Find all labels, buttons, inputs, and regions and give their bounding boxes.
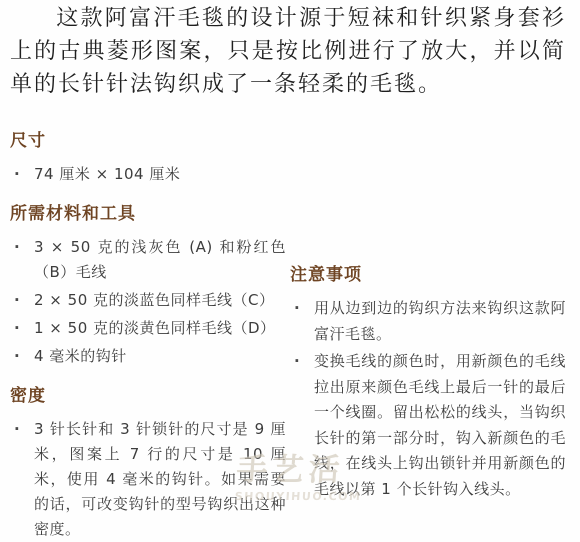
notes-list: · 用从边到边的钩织方法来钩织这款阿富汗毛毯。 · 变换毛线的颜色时，用新颜色的… [290, 296, 572, 502]
list-item: · 变换毛线的颜色时，用新颜色的毛线拉出原来颜色毛线上最后一针的最后一个线圈。留… [290, 349, 572, 502]
document-page: 这款阿富汗毛毯的设计源于短袜和针织紧身套衫上的古典菱形图案，只是按比例进行了放大… [0, 0, 580, 542]
list-item: · 2 × 50 克的淡蓝色同样毛线（C） [10, 288, 288, 313]
list-item: · 用从边到边的钩织方法来钩织这款阿富汗毛毯。 [290, 296, 572, 347]
material-item-text: 2 × 50 克的淡蓝色同样毛线（C） [34, 288, 286, 313]
bullet-icon: · [290, 349, 314, 375]
list-item: · 3 针长针和 3 针锁针的尺寸是 9 厘米，图案上 7 行的尺寸是 10 厘… [10, 417, 288, 542]
bullet-icon: · [10, 344, 34, 369]
note-item-text: 变换毛线的颜色时，用新颜色的毛线拉出原来颜色毛线上最后一针的最后一个线圈。留出松… [314, 349, 566, 502]
intro-paragraph: 这款阿富汗毛毯的设计源于短袜和针织紧身套衫上的古典菱形图案，只是按比例进行了放大… [10, 2, 566, 101]
list-item: · 1 × 50 克的淡黄色同样毛线（D） [10, 316, 288, 341]
materials-heading: 所需材料和工具 [10, 203, 288, 225]
gauge-list: · 3 针长针和 3 针锁针的尺寸是 9 厘米，图案上 7 行的尺寸是 10 厘… [10, 417, 288, 542]
section-size: 尺寸 · 74 厘米 × 104 厘米 [10, 130, 288, 187]
notes-heading: 注意事项 [290, 264, 572, 286]
section-gauge: 密度 · 3 针长针和 3 针锁针的尺寸是 9 厘米，图案上 7 行的尺寸是 1… [10, 385, 288, 542]
size-item-text: 74 厘米 × 104 厘米 [34, 162, 286, 187]
bullet-icon: · [10, 288, 34, 313]
materials-list: · 3 × 50 克的浅灰色 (A) 和粉红色（B）毛线 · 2 × 50 克的… [10, 235, 288, 369]
list-item: · 74 厘米 × 104 厘米 [10, 162, 288, 187]
material-item-text: 1 × 50 克的淡黄色同样毛线（D） [34, 316, 286, 341]
section-materials: 所需材料和工具 · 3 × 50 克的浅灰色 (A) 和粉红色（B）毛线 · 2… [10, 203, 288, 369]
section-notes: 注意事项 · 用从边到边的钩织方法来钩织这款阿富汗毛毯。 · 变换毛线的颜色时，… [290, 264, 572, 502]
size-list: · 74 厘米 × 104 厘米 [10, 162, 288, 187]
bullet-icon: · [290, 296, 314, 322]
bullet-icon: · [10, 235, 34, 260]
list-item: · 4 毫米的钩针 [10, 344, 288, 369]
material-item-text: 3 × 50 克的浅灰色 (A) 和粉红色（B）毛线 [34, 235, 286, 285]
gauge-heading: 密度 [10, 385, 288, 407]
material-item-text: 4 毫米的钩针 [34, 344, 286, 369]
bullet-icon: · [10, 316, 34, 341]
bullet-icon: · [10, 162, 34, 187]
left-column: 尺寸 · 74 厘米 × 104 厘米 所需材料和工具 · 3 × 50 克的浅… [10, 130, 288, 542]
size-heading: 尺寸 [10, 130, 288, 152]
right-column: 注意事项 · 用从边到边的钩织方法来钩织这款阿富汗毛毯。 · 变换毛线的颜色时，… [290, 258, 572, 504]
bullet-icon: · [10, 417, 34, 442]
list-item: · 3 × 50 克的浅灰色 (A) 和粉红色（B）毛线 [10, 235, 288, 285]
note-item-text: 用从边到边的钩织方法来钩织这款阿富汗毛毯。 [314, 296, 566, 347]
gauge-item-text: 3 针长针和 3 针锁针的尺寸是 9 厘米，图案上 7 行的尺寸是 10 厘米，… [34, 417, 286, 542]
